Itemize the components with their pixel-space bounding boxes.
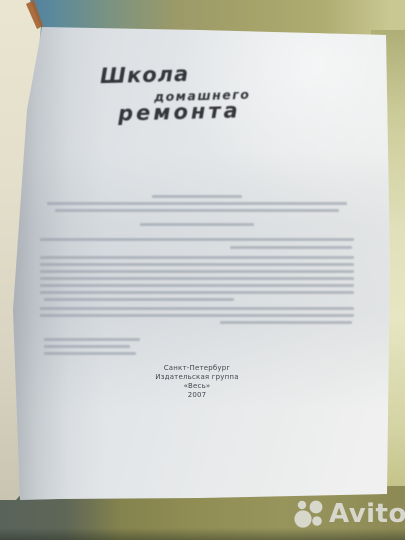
- colophon-city: Санкт-Петербург: [40, 364, 354, 373]
- illegible-line-annotation-paragraph: [40, 256, 354, 259]
- illegible-line-isbn-block: [44, 345, 130, 348]
- illegible-line-imprint-credits: [47, 202, 347, 205]
- illegible-line-imprint-heading: [40, 238, 354, 241]
- illegible-line-annotation-paragraph: [40, 291, 354, 294]
- illegible-text-layer: [0, 0, 405, 540]
- illegible-line-annotation-paragraph: [40, 277, 354, 280]
- illegible-line-imprint-credits: [55, 209, 339, 212]
- colophon-publisher-group: Издательская группа: [40, 373, 354, 382]
- colophon-year: 2007: [40, 391, 354, 400]
- illegible-line-imprint-credits: [152, 195, 242, 198]
- title-page: Школа домашнего ремонта Санкт-Петербург …: [0, 0, 405, 540]
- avito-watermark: Avito: [293, 498, 405, 530]
- illegible-line-copyright-lines: [40, 314, 354, 317]
- illegible-line-copyright-lines: [220, 321, 352, 324]
- illegible-line-imprint-credits: [140, 223, 254, 226]
- avito-wordmark: Avito: [329, 501, 405, 527]
- illegible-line-annotation-paragraph: [40, 270, 354, 273]
- illegible-line-annotation-paragraph: [40, 284, 354, 287]
- illegible-line-imprint-heading: [230, 246, 352, 249]
- illegible-line-copyright-lines: [40, 307, 354, 310]
- illegible-line-isbn-block: [44, 338, 140, 341]
- illegible-line-annotation-paragraph: [44, 298, 234, 301]
- illegible-line-annotation-paragraph: [40, 263, 354, 266]
- illegible-line-isbn-block: [44, 352, 136, 355]
- photo-open-book-title-page: Школа домашнего ремонта Санкт-Петербург …: [0, 0, 405, 540]
- avito-logo-icon: [293, 498, 326, 530]
- colophon-block: Санкт-Петербург Издательская группа «Вес…: [40, 364, 354, 400]
- colophon-publisher-name: «Весь»: [40, 382, 354, 391]
